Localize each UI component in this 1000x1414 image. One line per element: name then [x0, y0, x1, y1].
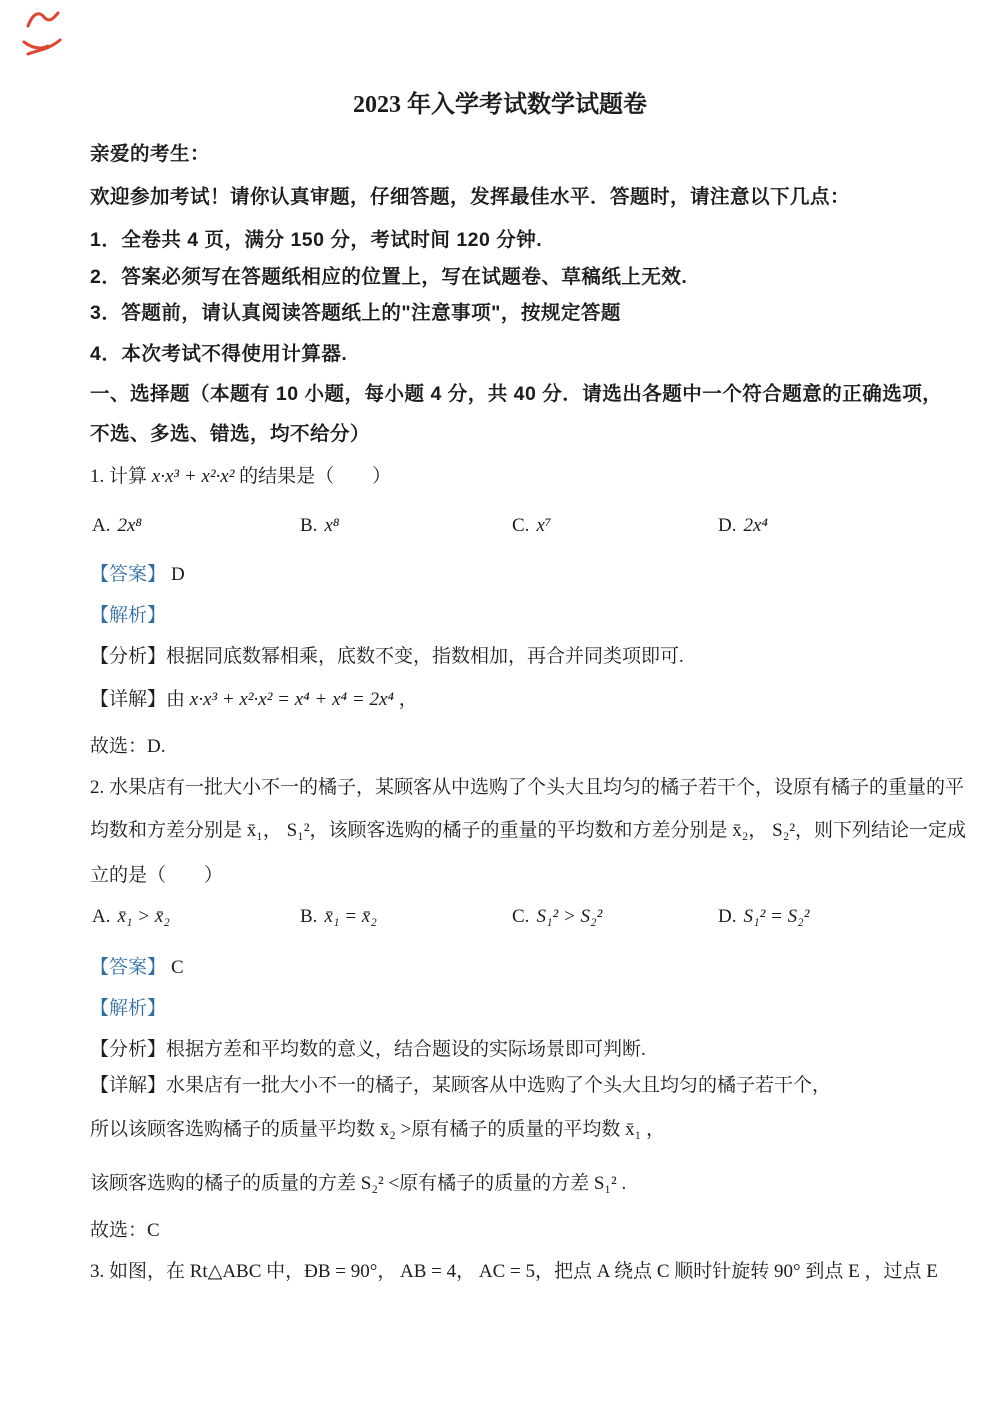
q1-detail-prefix: 【详解】由 [90, 689, 185, 710]
q1-stem: 1. 计算 x·x³ + x²·x² 的结果是（ ） [90, 461, 391, 488]
q2-analysis-tag: 【解析】 [90, 998, 166, 1019]
q3-stem: 3. 如图，在 Rt△ABC 中，ÐB = 90°， AB = 4， AC = … [90, 1256, 938, 1283]
q1-detail-line: 【详解】由 x·x³ + x²·x² = x⁴ + x⁴ = 2x⁴ ， [90, 684, 418, 711]
q2-answer-line: 【答案】C [90, 952, 184, 979]
q1-stem-suffix: 的结果是（ ） [239, 466, 391, 487]
q1-option-d: D.2x⁴ [718, 515, 768, 537]
q1-option-c: C.x⁷ [512, 515, 551, 537]
q2-answer-value: C [171, 957, 184, 978]
q2-stem-line2: 均数和方差分别是 x̄₁， S₁²，该顾客选购的橘子的重量的平均数和方差分别是 … [90, 815, 966, 842]
q2-option-d: D.S₁² = S₂² [718, 906, 809, 928]
q2-stem-line1: 2. 水果店有一批大小不一的橘子，某顾客从中选购了个头大且均匀的橘子若干个，设原… [90, 772, 964, 799]
notice-item-4: 4．本次考试不得使用计算器. [90, 338, 347, 366]
q2-option-a-label: A. [92, 906, 110, 927]
q1-option-c-label: C. [512, 515, 529, 536]
notice-item-2: 2．答案必须写在答题纸相应的位置上，写在试题卷、草稿纸上无效. [90, 261, 687, 289]
q1-detail-suffix: ， [399, 689, 418, 710]
q2-conclusion: 故选：C [90, 1215, 160, 1242]
q2-option-d-value: S₁² = S₂² [743, 906, 809, 927]
q2-analysis-line: 【分析】根据方差和平均数的意义，结合题设的实际场景即可判断. [90, 1034, 646, 1061]
q2-answer-tag: 【答案】 [90, 957, 166, 978]
q1-conclusion: 故选：D. [90, 731, 165, 758]
q1-analysis-tag-line: 【解析】 [90, 600, 166, 627]
q1-analysis-line: 【分析】根据同底数幂相乘，底数不变，指数相加，再合并同类项即可. [90, 641, 684, 668]
q1-stem-prefix: 1. 计算 [90, 466, 147, 487]
red-stamp-icon [20, 34, 64, 66]
q2-stem-line3: 立的是（ ） [90, 860, 223, 887]
q2-option-c-value: S₁² > S₂² [536, 906, 602, 927]
q2-analysis-tag-line: 【解析】 [90, 993, 166, 1020]
notice-welcome: 欢迎参加考试！请你认真审题，仔细答题，发挥最佳水平．答题时，请注意以下几点： [90, 181, 850, 209]
q2-option-c-label: C. [512, 906, 529, 927]
q1-answer-line: 【答案】D [90, 559, 185, 586]
q1-option-a-label: A. [92, 515, 110, 536]
q2-option-b-value: x̄₁ = x̄₂ [324, 906, 376, 927]
q1-option-b-value: x⁸ [324, 515, 339, 536]
q2-option-d-label: D. [718, 906, 736, 927]
q2-options-row: A.x̄₁ > x̄₂ B.x̄₁ = x̄₂ C.S₁² > S₂² D.S₁… [0, 906, 1000, 936]
section-heading-line1: 一、选择题（本题有 10 小题，每小题 4 分，共 40 分．请选出各题中一个符… [90, 378, 942, 406]
q2-detail-line3: 该顾客选购的橘子的质量的方差 S₂² <原有橘子的质量的方差 S₁² . [90, 1168, 626, 1195]
q1-answer-value: D [171, 564, 185, 585]
q2-detail-line1: 【详解】水果店有一批大小不一的橘子，某顾客从中选购了个头大且均匀的橘子若干个， [90, 1070, 831, 1097]
notice-salutation: 亲爱的考生： [90, 138, 210, 166]
q1-analysis-tag: 【解析】 [90, 605, 166, 626]
q2-option-c: C.S₁² > S₂² [512, 906, 602, 928]
page-title: 2023 年入学考试数学试题卷 [0, 84, 1000, 119]
q1-answer-tag: 【答案】 [90, 564, 166, 585]
q1-option-a: A.2x⁸ [92, 515, 142, 537]
notice-item-1: 1．全卷共 4 页，满分 150 分，考试时间 120 分钟. [90, 224, 542, 252]
q1-option-d-label: D. [718, 515, 736, 536]
notice-item-3: 3．答题前，请认真阅读答题纸上的"注意事项"，按规定答题 [90, 297, 621, 325]
q1-option-b: B.x⁸ [300, 515, 339, 537]
section-heading-line2: 不选、多选、错选，均不给分） [90, 418, 370, 446]
q1-stem-formula: x·x³ + x²·x² [152, 466, 235, 487]
q2-option-b: B.x̄₁ = x̄₂ [300, 906, 377, 928]
q1-options-row: A.2x⁸ B.x⁸ C.x⁷ D.2x⁴ [0, 515, 1000, 545]
q1-option-c-value: x⁷ [536, 515, 551, 536]
q1-option-b-label: B. [300, 515, 317, 536]
q1-option-a-value: 2x⁸ [117, 515, 142, 536]
q2-option-a-value: x̄₁ > x̄₂ [117, 906, 169, 927]
q2-detail-line2: 所以该顾客选购橘子的质量平均数 x̄₂ >原有橘子的质量的平均数 x̄₁ ， [90, 1114, 665, 1141]
q1-option-d-value: 2x⁴ [743, 515, 768, 536]
q2-option-b-label: B. [300, 906, 317, 927]
q1-detail-formula: x·x³ + x²·x² = x⁴ + x⁴ = 2x⁴ [190, 689, 394, 710]
q2-option-a: A.x̄₁ > x̄₂ [92, 906, 170, 928]
exam-paper-page: 2023 年入学考试数学试题卷 亲爱的考生： 欢迎参加考试！请你认真审题，仔细答… [0, 0, 1000, 1414]
